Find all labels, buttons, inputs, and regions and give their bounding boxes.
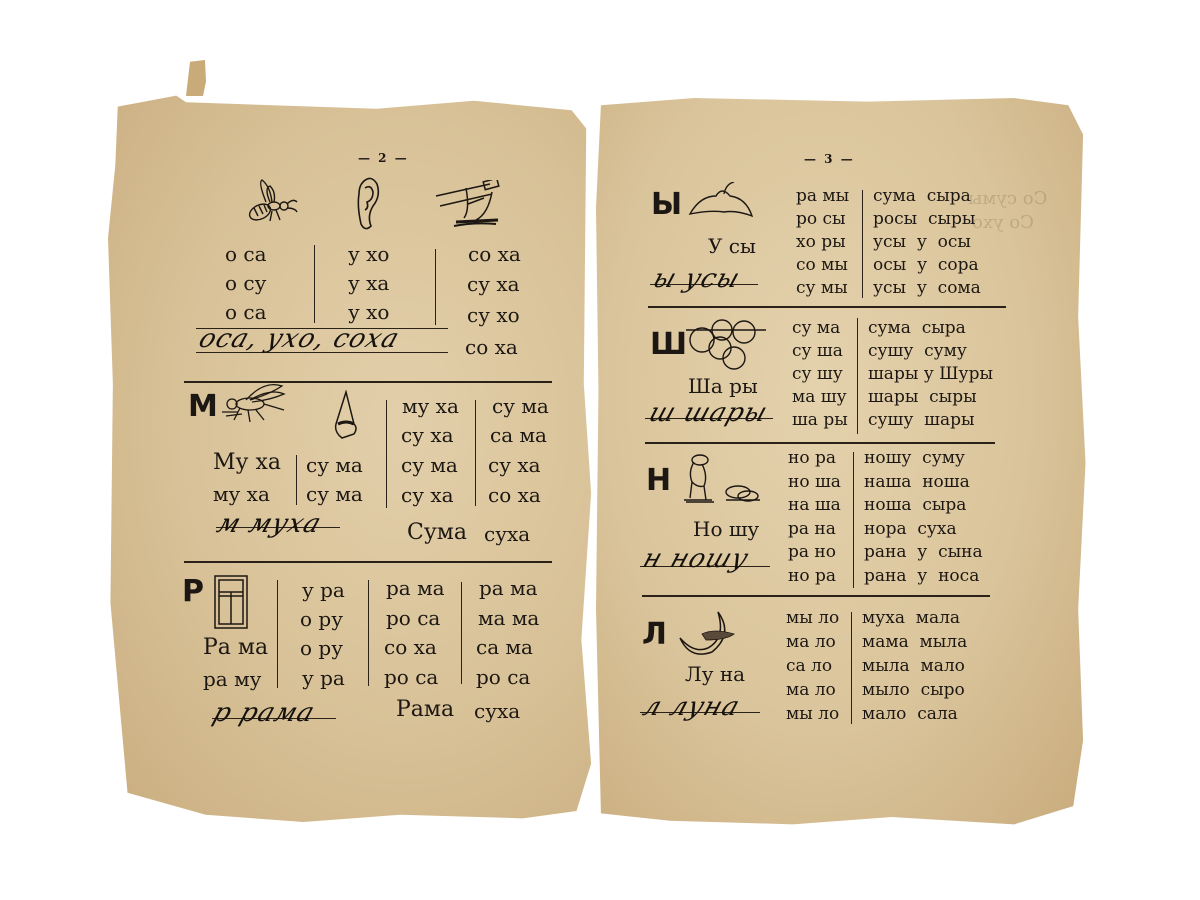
plough-icon xyxy=(434,180,504,230)
syllable-word: муха мала xyxy=(862,610,960,627)
syllable-word: ношу суму xyxy=(864,450,965,467)
syllable-word: о су xyxy=(225,273,266,293)
porter-icon xyxy=(682,452,762,508)
sentence-word: суха xyxy=(484,524,530,544)
syllable-word: но ра xyxy=(788,568,836,585)
syllable-word: ма ло xyxy=(786,634,836,651)
syllable-word: ма шу xyxy=(792,389,847,406)
syllable-word: но ра xyxy=(788,450,836,467)
cursive-writing: ш шары xyxy=(646,400,771,426)
syllable-word: ро са xyxy=(384,667,438,687)
syllable-word: су ха xyxy=(401,425,454,445)
syllable-word: со ха xyxy=(468,244,521,264)
page-number-left: — 2 — xyxy=(358,151,409,165)
syllable-word: су ма xyxy=(306,484,363,504)
syllable-word: наша ноша xyxy=(864,474,970,491)
syllable-word: мало сала xyxy=(862,706,958,723)
caption-word: Лу на xyxy=(685,664,745,684)
caption-word: У сы xyxy=(708,236,756,256)
syllable-word: сума сыра xyxy=(873,188,971,205)
syllable-word: са ма xyxy=(476,637,533,657)
balls-icon xyxy=(686,318,768,370)
syllable-word: ра ма xyxy=(479,578,538,598)
syllable-word: су шу xyxy=(792,366,843,383)
section-divider xyxy=(648,306,1006,308)
syllable-word: но ша xyxy=(788,474,841,491)
section-divider xyxy=(645,442,995,444)
syllable-word: ма ло xyxy=(786,682,836,699)
syllable-word: мама мыла xyxy=(862,634,967,651)
syllable-word: со ха xyxy=(384,637,437,657)
syllable-word: у ра xyxy=(302,668,345,688)
section-letter: М xyxy=(188,392,218,422)
syllable-word: су мы xyxy=(796,280,848,297)
syllable-word: су ма xyxy=(792,320,840,337)
syllable-word: су хо xyxy=(467,305,520,325)
syllable-word: у ра xyxy=(302,580,345,600)
syllable-word: мы ло xyxy=(786,610,839,627)
caption-word: ра му xyxy=(203,669,261,689)
section-letter: Р xyxy=(182,577,204,607)
syllable-word: усы у осы xyxy=(873,234,971,251)
syllable-word: су ша xyxy=(792,343,843,360)
syllable-word: му ха xyxy=(402,396,459,416)
column-divider xyxy=(853,452,854,588)
syllable-word: у хо xyxy=(348,302,389,322)
cursive-writing: ы усы xyxy=(650,266,744,292)
syllable-word: ра мы xyxy=(796,188,849,205)
section-letter: Л xyxy=(642,620,667,650)
section-letter: Н xyxy=(646,466,671,496)
show-through-text: Со сумы xyxy=(968,188,1047,209)
syllable-word: у ха xyxy=(348,273,389,293)
syllable-word: осы у сора xyxy=(873,257,979,274)
syllable-word: у хо xyxy=(348,244,389,264)
syllable-word: су ха xyxy=(488,455,541,475)
syllable-word: шары у Шуры xyxy=(868,366,993,383)
crescent-moon-icon xyxy=(678,610,742,656)
cursive-writing: м муха xyxy=(214,511,325,537)
column-divider xyxy=(314,245,315,323)
syllable-word: мыло сыро xyxy=(862,682,965,699)
syllable-word: ро са xyxy=(386,608,440,628)
caption-word: му ха xyxy=(213,484,270,504)
syllable-word: мыла мало xyxy=(862,658,965,675)
syllable-word: рана у сына xyxy=(864,544,983,561)
syllable-word: со мы xyxy=(796,257,848,274)
sentence-word: суха xyxy=(474,701,520,721)
syllable-word: са ло xyxy=(786,658,832,675)
page-number-right: — 3 — xyxy=(804,152,855,166)
section-letter: Ы xyxy=(651,190,682,220)
syllable-word: о ру xyxy=(300,638,343,658)
torn-paper-scrap xyxy=(186,60,206,96)
column-divider xyxy=(857,318,858,434)
column-divider xyxy=(475,400,476,506)
syllable-word: су ма xyxy=(492,396,549,416)
caption-word: Ша ры xyxy=(688,376,758,396)
syllable-word: ноша сыра xyxy=(864,497,966,514)
syllable-word: су ма xyxy=(306,455,363,475)
syllable-word: рана у носа xyxy=(864,568,979,585)
syllable-word: росы сыры xyxy=(873,211,975,228)
cone-icon xyxy=(332,390,360,442)
section-letter: Ш xyxy=(650,330,687,360)
syllable-word: о са xyxy=(225,302,267,322)
column-divider xyxy=(461,582,462,684)
column-divider xyxy=(435,249,436,325)
ear-icon xyxy=(355,176,383,232)
column-divider xyxy=(386,400,387,508)
moustache-icon xyxy=(686,182,756,222)
syllable-word: ма ма xyxy=(478,608,539,628)
cursive-writing: л луна xyxy=(640,694,744,720)
syllable-word: са ма xyxy=(490,425,547,445)
syllable-word: нора суха xyxy=(864,521,957,538)
caption-word: Ра ма xyxy=(203,638,268,658)
show-through-text: Со ухо xyxy=(972,212,1034,233)
section-divider xyxy=(642,595,990,597)
caption-word: Му ха xyxy=(213,453,281,473)
syllable-word: ра на xyxy=(788,521,836,538)
cursive-writing: оса, ухо, соха xyxy=(196,326,403,352)
wasp-icon xyxy=(240,178,302,226)
syllable-word: шары сыры xyxy=(868,389,977,406)
syllable-word: о са xyxy=(225,244,267,264)
syllable-word: о ру xyxy=(300,609,343,629)
syllable-word: сума сыра xyxy=(868,320,966,337)
window-frame-icon xyxy=(213,574,249,630)
column-divider xyxy=(296,455,297,505)
syllable-word: ра ма xyxy=(386,578,445,598)
caption-word: Но шу xyxy=(693,519,759,539)
syllable-word: усы у сома xyxy=(873,280,981,297)
syllable-word: су ха xyxy=(467,274,520,294)
syllable-word: сушу суму xyxy=(868,343,967,360)
fly-icon xyxy=(220,382,292,426)
sentence-word: Сума xyxy=(407,523,467,543)
syllable-word: ша ры xyxy=(792,412,848,429)
sentence-word: Рама xyxy=(396,700,454,720)
cursive-writing: н ношу xyxy=(640,546,752,572)
column-divider xyxy=(851,612,852,724)
syllable-word: ро сы xyxy=(796,211,846,228)
syllable-word: со ха xyxy=(465,337,518,357)
section-divider xyxy=(184,561,552,563)
column-divider xyxy=(277,580,278,688)
syllable-word: ра но xyxy=(788,544,836,561)
syllable-word: мы ло xyxy=(786,706,839,723)
cursive-writing: р рама xyxy=(210,700,319,726)
column-divider xyxy=(368,580,369,686)
column-divider xyxy=(862,190,863,298)
syllable-word: хо ры xyxy=(796,234,846,251)
syllable-word: сушу шары xyxy=(868,412,975,429)
syllable-word: су ха xyxy=(401,485,454,505)
syllable-word: на ша xyxy=(788,497,841,514)
syllable-word: су ма xyxy=(401,455,458,475)
syllable-word: ро са xyxy=(476,667,530,687)
syllable-word: со ха xyxy=(488,485,541,505)
